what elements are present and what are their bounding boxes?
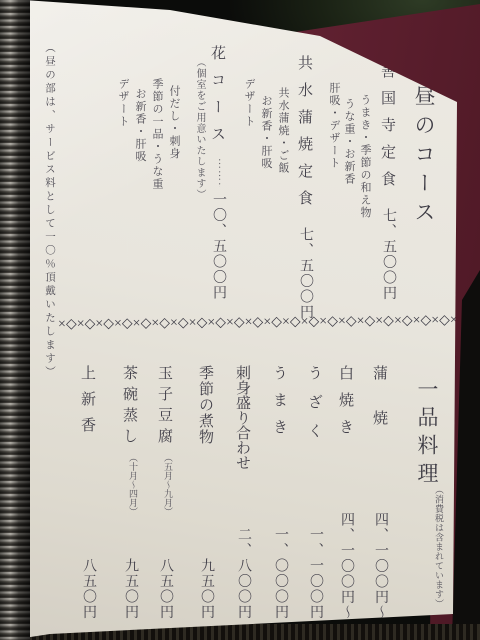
lunch-item-detail: 共水蒲焼・ご飯 (275, 87, 291, 175)
lunch-item-zenkokuji: 善国寺定食 …………………… 七、五〇〇円 (377, 63, 398, 300)
spacer (154, 516, 175, 558)
item-price: 八五〇円 (154, 558, 175, 620)
spacer (369, 455, 390, 512)
alacarte-section-title: 一品料理 (412, 378, 442, 490)
lunch-item-detail: 季節の一品・うな重 (149, 78, 165, 191)
lunch-item-kyousui-kabayaki: 共水蒲焼定食 …………………… 七、五〇〇円 (294, 55, 315, 305)
item-price: 八五〇円 (77, 558, 98, 620)
item-price: 二、八〇〇円 (232, 527, 253, 620)
lunch-item-detail: お新香・肝吸 (258, 95, 274, 170)
spacer (304, 452, 325, 527)
lunch-item-price: 七、五〇〇円 (294, 227, 315, 320)
spacer (195, 445, 216, 558)
section-divider-ornament: ×◇×◇×◇×◇×◇×◇×◇×◇×◇×◇×◇×◇×◇×◇×◇×◇×◇×◇×◇×◇… (58, 312, 460, 334)
binder-rings (0, 0, 30, 640)
item-name: うまき (269, 365, 290, 446)
lunch-item-name: 花コース (207, 45, 228, 153)
item-name: 白焼き (335, 365, 356, 446)
menu-photo: 昼のコース 善国寺定食 …………………… 七、五〇〇円 うまき・季節の和え物 う… (0, 0, 480, 640)
item-price: 九五〇円 (195, 558, 216, 620)
item-price: 一、〇〇〇円 (269, 527, 290, 620)
alacarte-item-chawanmushi: 茶碗蒸し （十月〜四月） 九五〇円 (119, 365, 140, 620)
item-price: 四、一〇〇円〜 (335, 512, 356, 621)
alacarte-item-tamago-dofu: 玉子豆腐 （五月〜九月） 八五〇円 (154, 365, 175, 620)
item-price: 九五〇円 (119, 558, 140, 620)
menu-page: 昼のコース 善国寺定食 …………………… 七、五〇〇円 うまき・季節の和え物 う… (20, 0, 458, 640)
lunch-item-detail: うな重・お新香 (341, 98, 357, 186)
item-name: 上新香 (77, 365, 98, 443)
season-note: （五月〜九月） (154, 453, 175, 516)
spacer (77, 443, 98, 558)
tax-note: （消費税は含まれています） (433, 485, 446, 609)
lunch-item-price: 七、五〇〇円 (377, 208, 398, 301)
lunch-item-detail: 付だし・刺身 (166, 85, 182, 160)
alacarte-item-shirayaki: 白焼き 四、一〇〇円〜 (335, 365, 356, 620)
lunch-item-detail: お新香・肝吸 (132, 88, 148, 163)
item-name: 刺身盛り合わせ (232, 365, 253, 470)
item-name: 玉子豆腐 (154, 365, 175, 449)
lunch-item-name: 共水蒲焼定食 (294, 55, 315, 217)
lunch-item-hana-course: 花コース …………………… 一〇、五〇〇円 (207, 45, 228, 300)
lunch-item-detail: 肝吸・デザート (326, 82, 342, 170)
alacarte-item-kabayaki: 蒲焼 四、一〇〇円〜 (369, 365, 390, 620)
item-price: 四、一〇〇円〜 (369, 512, 390, 621)
item-name: 茶碗蒸し (119, 365, 140, 449)
spacer (335, 446, 356, 512)
item-price: 一、一〇〇円 (304, 527, 325, 620)
alacarte-item-nimono: 季節の煮物 九五〇円 (195, 365, 216, 620)
private-room-note: （個室をご用意いたします） (192, 57, 207, 200)
item-name: 蒲焼 (369, 365, 390, 455)
alacarte-item-sashimi: 刺身盛り合わせ 二、八〇〇円 (232, 365, 253, 620)
lunch-section-title: 昼のコース (409, 85, 439, 230)
lunch-item-detail: デザート (241, 78, 257, 128)
item-name: 季節の煮物 (195, 365, 216, 445)
dotted-leader: …………………… (207, 158, 228, 187)
lunch-item-price: 一〇、五〇〇円 (207, 192, 228, 301)
alacarte-item-joshinko: 上新香 八五〇円 (77, 365, 98, 620)
spacer (232, 470, 253, 527)
alacarte-item-umaki: うまき 一、〇〇〇円 (269, 365, 290, 620)
service-charge-note: （昼の部は、サービス料として一〇％頂戴いたします） (42, 42, 57, 380)
lunch-item-detail: デザート (115, 78, 131, 128)
alacarte-item-uzaku: うざく 一、一〇〇円 (304, 365, 325, 620)
lunch-item-detail: うまき・季節の和え物 (357, 94, 373, 219)
item-name: うざく (304, 365, 325, 452)
spacer (119, 516, 140, 558)
spacer (269, 446, 290, 527)
season-note: （十月〜四月） (119, 453, 140, 516)
lunch-item-name: 善国寺定食 (377, 63, 398, 198)
